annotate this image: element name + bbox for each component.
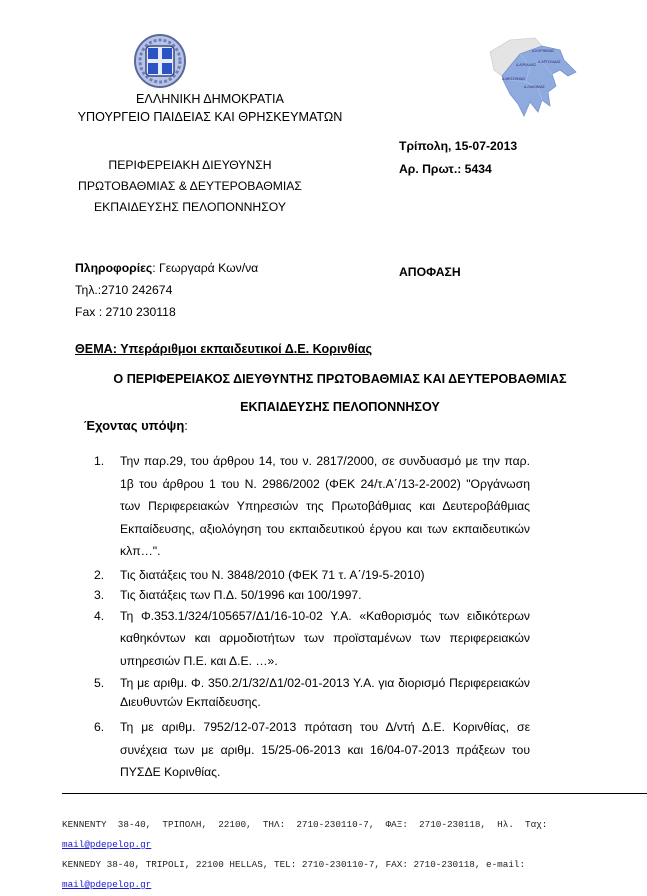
footer-address: KENNENTY 38-40, ΤΡΙΠΟΛΗ, 22100, ΤΗΛ: 271…: [62, 815, 622, 895]
clause-item: 4. Τη Φ.353.1/324/105657/Δ1/16-10-02 Υ.Α…: [120, 605, 530, 673]
clause-item: 5. Τη με αριθμ. Φ. 350.2/1/32/Δ1/02-01-2…: [120, 674, 530, 712]
footer-divider: [62, 793, 647, 794]
subject-line: ΘΕΜΑ: Υπεράριθμοι εκπαιδευτικοί Δ.Ε. Κορ…: [75, 342, 372, 356]
footer-email-link[interactable]: mail@pdepelop.gr: [62, 839, 151, 850]
place-date: Τρίπολη, 15-07-2013: [399, 135, 517, 158]
considering-heading: Έχοντας υπόψη:: [84, 418, 188, 433]
peloponnese-map-icon: Δ.ΚΟΡΙΝΘΙΑΣ Δ.ΑΡΓΟΛΙΔΑΣ Δ.ΑΡΚΑΔΙΑΣ Δ.ΜΕΣ…: [480, 32, 580, 122]
clause-text: Τις διατάξεις των Π.Δ. 50/1996 και 100/1…: [120, 585, 530, 605]
document-type: ΑΠΟΦΑΣΗ: [399, 265, 461, 279]
protocol-number: Αρ. Πρωτ.: 5434: [399, 158, 517, 181]
republic-name: ΕΛΛΗΝΙΚΗ ΔΗΜΟΚΡΑΤΙΑ: [60, 90, 360, 108]
regional-directorate: ΠΕΡΙΦΕΡΕΙΑΚΗ ΔΙΕΥΘΥΝΣΗ ΠΡΩΤΟΒΑΘΜΙΑΣ & ΔΕ…: [55, 155, 325, 218]
svg-text:Δ.ΚΟΡΙΝΘΙΑΣ: Δ.ΚΟΡΙΝΘΙΑΣ: [532, 49, 555, 53]
clause-text: Τη με αριθμ. 7952/12-07-2013 πρόταση του…: [120, 716, 530, 784]
clause-item: 3. Τις διατάξεις των Π.Δ. 50/1996 και 10…: [120, 585, 530, 605]
director-line: ΕΚΠΑΙΔΕΥΣΗΣ ΠΕΛΟΠΟΝΝΗΣΟΥ: [70, 393, 610, 421]
considering-colon: :: [184, 418, 188, 433]
footer-english-address: KENNEDY 38-40, TRIPOLI, 22100 HELLAS, TE…: [62, 855, 622, 875]
ministry-heading: ΕΛΛΗΝΙΚΗ ΔΗΜΟΚΡΑΤΙΑ ΥΠΟΥΡΓΕΙΟ ΠΑΙΔΕΙΑΣ Κ…: [60, 90, 360, 126]
svg-text:Δ.ΛΑΚΩΝΙΑΣ: Δ.ΛΑΚΩΝΙΑΣ: [524, 85, 546, 89]
clause-number: 6.: [94, 716, 104, 739]
clause-number: 2.: [94, 565, 104, 585]
phone: Τηλ.:2710 242674: [75, 279, 258, 301]
clause-text: Τη με αριθμ. Φ. 350.2/1/32/Δ1/02-01-2013…: [120, 674, 530, 712]
director-line: Ο ΠΕΡΙΦΕΡΕΙΑΚΟΣ ΔΙΕΥΘΥΝΤΗΣ ΠΡΩΤΟΒΑΘΜΙΑΣ …: [70, 365, 610, 393]
regional-line: ΠΕΡΙΦΕΡΕΙΑΚΗ ΔΙΕΥΘΥΝΣΗ: [55, 155, 325, 176]
fax: Fax : 2710 230118: [75, 301, 258, 323]
document-meta: Τρίπολη, 15-07-2013 Αρ. Πρωτ.: 5434: [399, 135, 517, 181]
clause-item: 1. Την παρ.29, του άρθρου 14, του ν. 281…: [120, 450, 530, 563]
clause-text: Τη Φ.353.1/324/105657/Δ1/16-10-02 Υ.Α. «…: [120, 605, 530, 673]
footer-greek-address: KENNENTY 38-40, ΤΡΙΠΟΛΗ, 22100, ΤΗΛ: 271…: [62, 815, 622, 835]
info-line: Πληροφορίες: Γεωργαρά Κων/να: [75, 257, 258, 279]
regional-line: ΕΚΠΑΙΔΕΥΣΗΣ ΠΕΛΟΠΟΝΝΗΣΟΥ: [55, 197, 325, 218]
svg-text:Δ.ΑΡΓΟΛΙΔΑΣ: Δ.ΑΡΓΟΛΙΔΑΣ: [538, 60, 562, 64]
clauses-list: 1. Την παρ.29, του άρθρου 14, του ν. 281…: [120, 450, 530, 784]
svg-text:Δ.ΑΡΚΑΔΙΑΣ: Δ.ΑΡΚΑΔΙΑΣ: [516, 63, 537, 67]
clause-number: 3.: [94, 585, 104, 605]
clause-text: Την παρ.29, του άρθρου 14, του ν. 2817/2…: [120, 450, 530, 563]
clause-number: 5.: [94, 674, 104, 693]
considering-label: Έχοντας υπόψη: [84, 418, 184, 433]
regional-line: ΠΡΩΤΟΒΑΘΜΙΑΣ & ΔΕΥΤΕΡΟΒΑΘΜΙΑΣ: [55, 176, 325, 197]
clause-item: 2. Τις διατάξεις του Ν. 3848/2010 (ΦΕΚ 7…: [120, 565, 530, 585]
contact-info: Πληροφορίες: Γεωργαρά Κων/να Τηλ.:2710 2…: [75, 257, 258, 323]
ministry-name: ΥΠΟΥΡΓΕΙΟ ΠΑΙΔΕΙΑΣ ΚΑΙ ΘΡΗΣΚΕΥΜΑΤΩΝ: [60, 108, 360, 126]
footer-email-link[interactable]: mail@pdepelop.gr: [62, 879, 151, 890]
clause-number: 4.: [94, 605, 104, 628]
info-contact: : Γεωργαρά Κων/να: [152, 261, 258, 275]
clause-number: 1.: [94, 450, 104, 473]
director-title: Ο ΠΕΡΙΦΕΡΕΙΑΚΟΣ ΔΙΕΥΘΥΝΤΗΣ ΠΡΩΤΟΒΑΘΜΙΑΣ …: [70, 365, 610, 421]
clause-item: 6. Τη με αριθμ. 7952/12-07-2013 πρόταση …: [120, 716, 530, 784]
info-label: Πληροφορίες: [75, 261, 152, 275]
svg-text:Δ.ΜΕΣΣΗΝΙΑΣ: Δ.ΜΕΣΣΗΝΙΑΣ: [502, 77, 526, 81]
greek-emblem-icon: [133, 33, 187, 89]
clause-text: Τις διατάξεις του Ν. 3848/2010 (ΦΕΚ 71 τ…: [120, 565, 530, 585]
